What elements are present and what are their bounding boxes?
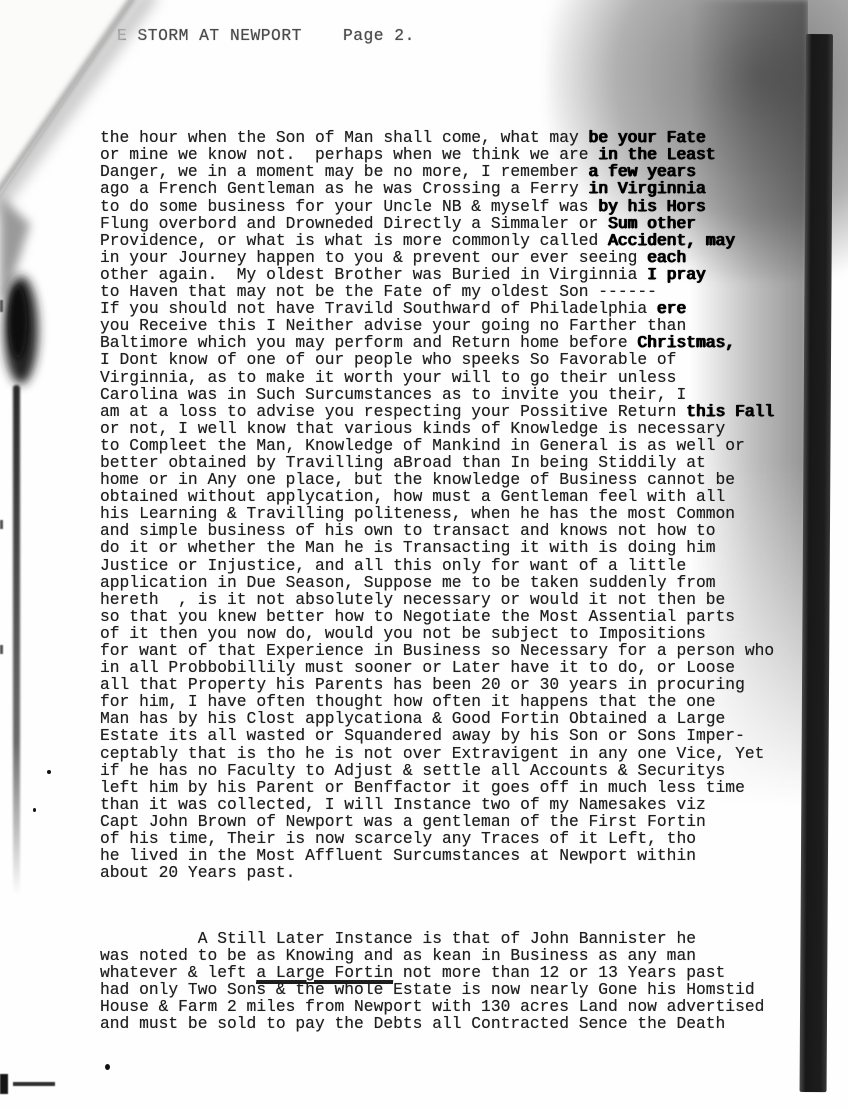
bottom-left-corner-artifact [0, 1074, 8, 1094]
bottom-left-line-artifact [13, 1082, 55, 1086]
letter-paragraph-2: A Still Later Instance is that of John B… [100, 930, 810, 1033]
left-margin-toner-streak [13, 385, 20, 895]
edge-mark [0, 645, 3, 654]
top-right-toner-cloud [548, 0, 848, 280]
edge-mark [0, 520, 3, 529]
toner-blob-core [9, 286, 27, 358]
scan-edge-band [800, 34, 833, 1092]
ink-dot [47, 770, 51, 774]
ink-dot [105, 1064, 110, 1070]
folded-corner-artifact [0, 0, 260, 420]
ink-dot [33, 808, 36, 812]
scanned-letter-page: E STORM AT NEWPORT Page 2. the hour when… [0, 0, 848, 1109]
edge-mark [0, 300, 3, 312]
